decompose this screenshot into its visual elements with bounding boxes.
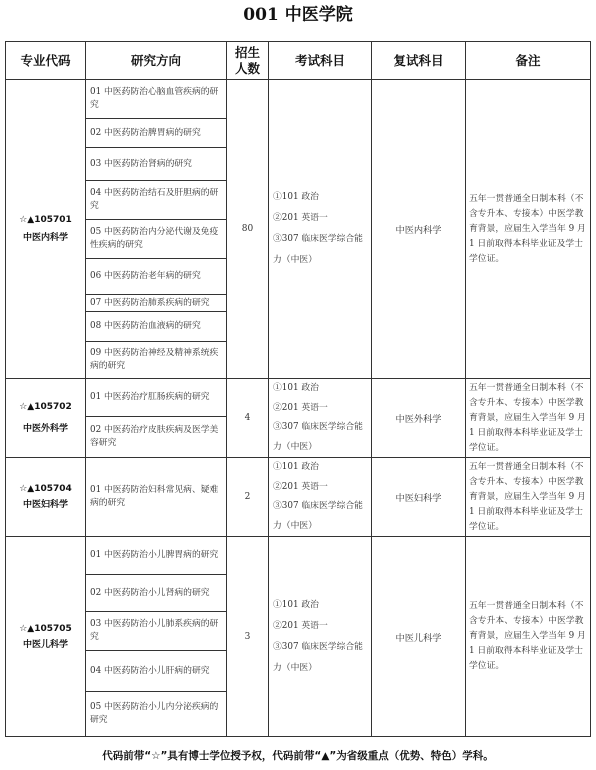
page-title: 001 中医学院 [0, 0, 596, 30]
header-enrollment: 招生 人数 [227, 42, 269, 80]
exam-item: ②201 英语一 [273, 478, 371, 498]
table-row: ☆▲105704 中医妇科学 01 中医药防治妇科常见病、疑难病的研究 2 ①1… [6, 458, 591, 537]
program-name: 中医外科学 [6, 421, 85, 437]
footnote: 代码前带“☆”具有博士学位授予权，代码前带“▲”为省级重点（优势、特色）学科。 [0, 748, 596, 763]
direction-item: 04 中医药防治小儿肝病的研究 [86, 651, 227, 692]
note: 五年一贯普通全日制本科（不含专升本、专接本）中医学教育背景，应届生入学当年 9 … [466, 458, 591, 537]
program-name: 中医内科学 [6, 230, 85, 246]
program-name: 中医妇科学 [6, 497, 85, 513]
exam-subjects: ①101 政治 ②201 英语一 ③307 临床医学综合能力（中医） [269, 379, 372, 458]
header-direction: 研究方向 [86, 42, 227, 80]
direction-item: 06 中医药防治老年病的研究 [86, 259, 227, 295]
table-row: ☆▲105701 中医内科学 01 中医药防治心脑血管疾病的研究 80 ①101… [6, 80, 591, 119]
direction-item: 02 中医药治疗皮肤疾病及医学美容研究 [86, 417, 227, 458]
enrollment-count: 80 [227, 80, 269, 379]
exam-item: ③307 临床医学综合能力（中医） [273, 637, 371, 679]
program-code-cell: ☆▲105704 中医妇科学 [6, 458, 86, 537]
direction-item: 07 中医药防治肺系疾病的研究 [86, 295, 227, 312]
exam-subjects: ①101 政治 ②201 英语一 ③307 临床医学综合能力（中医） [269, 80, 372, 379]
program-code-cell: ☆▲105702 中医外科学 [6, 379, 86, 458]
header-enrollment-line1: 招生 [227, 45, 268, 61]
exam-item: ②201 英语一 [273, 399, 371, 419]
exam-item: ①101 政治 [273, 379, 371, 399]
header-exam: 考试科目 [269, 42, 372, 80]
exam-item: ③307 临床医学综合能力（中医） [273, 497, 371, 536]
exam-item: ②201 英语一 [273, 616, 371, 637]
direction-item: 01 中医药治疗肛肠疾病的研究 [86, 379, 227, 417]
retest-subject: 中医妇科学 [372, 458, 466, 537]
exam-item: ②201 英语一 [273, 208, 371, 229]
exam-item: ①101 政治 [273, 187, 371, 208]
note: 五年一贯普通全日制本科（不含专升本、专接本）中医学教育背景，应届生入学当年 9 … [466, 379, 591, 458]
header-row: 专业代码 研究方向 招生 人数 考试科目 复试科目 备注 [6, 42, 591, 80]
table-row: ☆▲105705 中医儿科学 01 中医药防治小儿脾胃病的研究 3 ①101 政… [6, 537, 591, 575]
enrollment-count: 2 [227, 458, 269, 537]
direction-item: 02 中医药防治脾胃病的研究 [86, 119, 227, 148]
retest-subject: 中医儿科学 [372, 537, 466, 737]
program-code: ☆▲105705 [6, 621, 85, 637]
exam-item: ③307 临床医学综合能力（中医） [273, 229, 371, 271]
exam-item: ①101 政治 [273, 458, 371, 478]
note: 五年一贯普通全日制本科（不含专升本、专接本）中医学教育背景，应届生入学当年 9 … [466, 80, 591, 379]
program-code-cell: ☆▲105705 中医儿科学 [6, 537, 86, 737]
program-code: ☆▲105704 [6, 481, 85, 497]
exam-item: ①101 政治 [273, 595, 371, 616]
program-name: 中医儿科学 [6, 637, 85, 653]
direction-item: 08 中医药防治血液病的研究 [86, 312, 227, 342]
program-table: 专业代码 研究方向 招生 人数 考试科目 复试科目 备注 ☆▲105701 中医… [5, 41, 591, 737]
direction-item: 01 中医药防治小儿脾胃病的研究 [86, 537, 227, 575]
direction-item: 03 中医药防治小儿肺系疾病的研究 [86, 612, 227, 651]
exam-item: ③307 临床医学综合能力（中医） [273, 418, 371, 457]
note: 五年一贯普通全日制本科（不含专升本、专接本）中医学教育背景，应届生入学当年 9 … [466, 537, 591, 737]
exam-subjects: ①101 政治 ②201 英语一 ③307 临床医学综合能力（中医） [269, 537, 372, 737]
direction-item: 01 中医药防治妇科常见病、疑难病的研究 [86, 458, 227, 537]
direction-item: 09 中医药防治神经及精神系统疾病的研究 [86, 342, 227, 379]
program-code: ☆▲105701 [6, 212, 85, 228]
direction-item: 02 中医药防治小儿肾病的研究 [86, 575, 227, 612]
program-code: ☆▲105702 [6, 399, 85, 415]
header-enrollment-line2: 人数 [227, 61, 268, 77]
table-row: ☆▲105702 中医外科学 01 中医药治疗肛肠疾病的研究 4 ①101 政治… [6, 379, 591, 417]
exam-subjects: ①101 政治 ②201 英语一 ③307 临床医学综合能力（中医） [269, 458, 372, 537]
direction-item: 05 中医药防治内分泌代谢及免疫性疾病的研究 [86, 220, 227, 259]
header-code: 专业代码 [6, 42, 86, 80]
header-note: 备注 [466, 42, 591, 80]
enrollment-count: 4 [227, 379, 269, 458]
direction-item: 04 中医药防治结石及肝胆病的研究 [86, 181, 227, 220]
retest-subject: 中医内科学 [372, 80, 466, 379]
direction-item: 03 中医药防治肾病的研究 [86, 148, 227, 181]
enrollment-count: 3 [227, 537, 269, 737]
program-code-cell: ☆▲105701 中医内科学 [6, 80, 86, 379]
header-retest: 复试科目 [372, 42, 466, 80]
direction-item: 05 中医药防治小儿内分泌疾病的研究 [86, 692, 227, 737]
direction-item: 01 中医药防治心脑血管疾病的研究 [86, 80, 227, 119]
retest-subject: 中医外科学 [372, 379, 466, 458]
